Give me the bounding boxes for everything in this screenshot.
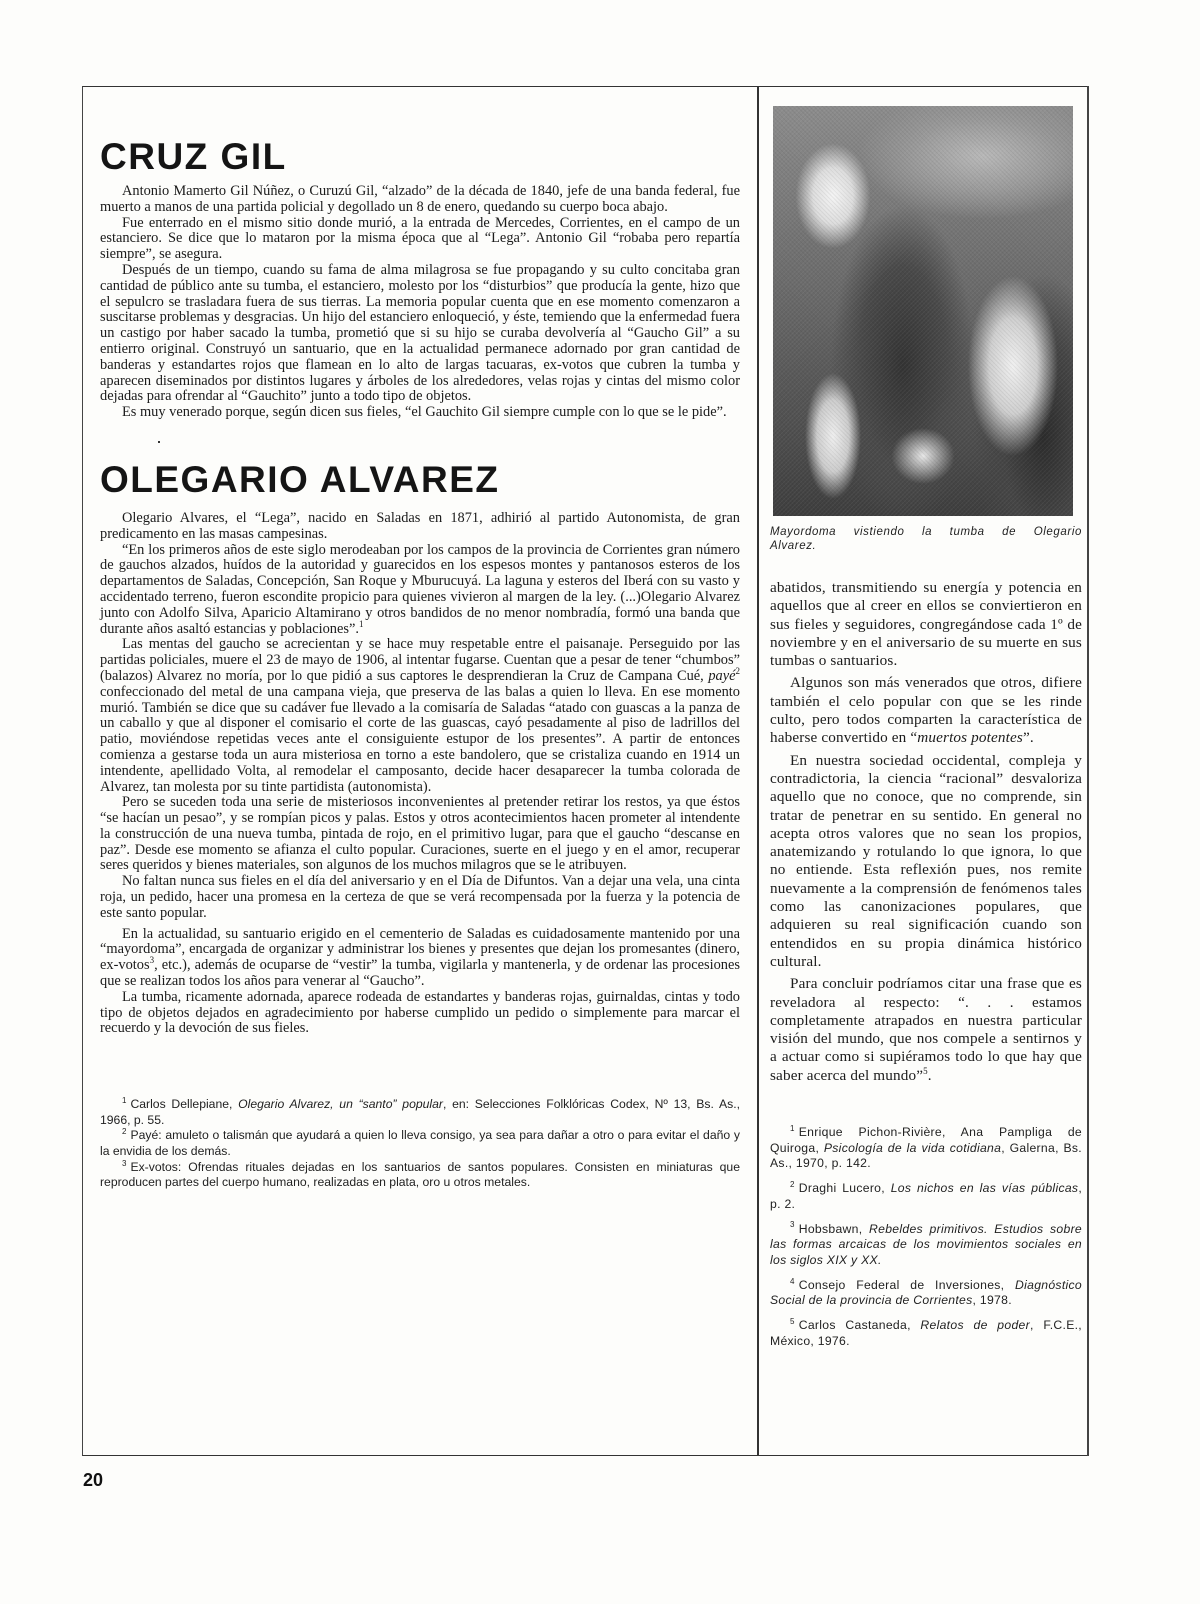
text-run: Draghi Lucero, (799, 1181, 891, 1195)
footnote: 4Consejo Federal de Inversiones, Diagnós… (770, 1278, 1082, 1309)
footnote-number: 3 (122, 1159, 126, 1168)
text-run: confeccionado del metal de una campana v… (100, 684, 740, 795)
text-run: Consejo Federal de Inversiones, (799, 1278, 1015, 1292)
text-run: . (928, 1067, 932, 1084)
paragraph: Después de un tiempo, cuando su fama de … (100, 263, 740, 405)
footnote: 5Carlos Castaneda, Relatos de poder, F.C… (770, 1318, 1082, 1349)
paragraph: No faltan nunca sus fieles en el día del… (100, 874, 740, 921)
paragraph: Es muy venerado porque, según dicen sus … (100, 405, 740, 421)
left-footnotes: 1Carlos Dellepiane, Olegario Alvarez, un… (100, 1097, 740, 1191)
footnote: 1Carlos Dellepiane, Olegario Alvarez, un… (100, 1097, 740, 1128)
footnote: 3Hobsbawn, Rebeldes primitivos. Estudios… (770, 1222, 1082, 1269)
right-footnotes: 1Enrique Pichon-Rivière, Ana Pampliga de… (770, 1125, 1082, 1349)
paragraph: Para concluir podríamos citar una frase … (770, 975, 1082, 1085)
article-olegario-alvarez: OLEGARIO ALVAREZ Olegario Alvares, el “L… (100, 461, 740, 1037)
text-run: Carlos Dellepiane, (130, 1097, 238, 1111)
footnote-number: 1 (122, 1096, 126, 1105)
footnote: 2Payé: amuleto o talismán que ayudará a … (100, 1128, 740, 1159)
paragraph: Olegario Alvares, el “Lega”, nacido en S… (100, 511, 740, 543)
text-run: Ex-votos: Ofrendas rituales dejadas en l… (100, 1160, 740, 1190)
footnote: 3Ex-votos: Ofrendas rituales dejadas en … (100, 1160, 740, 1191)
paragraph: En la actualidad, su santuario erigido e… (100, 927, 740, 990)
text-run: , 1978. (973, 1293, 1012, 1307)
paragraph: abatidos, transmitiendo su energía y pot… (770, 579, 1082, 670)
footnote: 1Enrique Pichon-Rivière, Ana Pampliga de… (770, 1125, 1082, 1172)
section-title-cruz-gil: CRUZ GIL (100, 138, 740, 175)
text-run: Carlos Castaneda, (799, 1318, 921, 1332)
footnote-ref[interactable]: 1 (359, 619, 364, 629)
paragraph: Algunos son más venerados que otros, dif… (770, 674, 1082, 747)
italic-term: payé (708, 668, 735, 684)
cruz-gil-body: Antonio Mamerto Gil Núñez, o Curuzú Gil,… (100, 184, 740, 421)
section-title-olegario-alvarez: OLEGARIO ALVAREZ (100, 461, 740, 498)
frame-right-edge (1087, 86, 1089, 1456)
left-column: CRUZ GIL Antonio Mamerto Gil Núñez, o Cu… (100, 86, 740, 1191)
footnote-ref[interactable]: 2 (736, 666, 741, 676)
paragraph: Las mentas del gaucho se acrecientan y s… (100, 637, 740, 795)
section-spacer (100, 421, 740, 461)
text-run: Payé: amuleto o talismán que ayudará a q… (100, 1128, 740, 1158)
footnote-title: Olegario Alvarez, un “santo” popular (238, 1097, 443, 1111)
text-run: ”. (1023, 729, 1034, 746)
photo-mayordoma-tumba (773, 106, 1073, 516)
paragraph: “En los primeros años de este siglo mero… (100, 543, 740, 638)
footnote-number: 5 (790, 1317, 795, 1326)
footnote-title: Los nichos en las vías públicas (891, 1181, 1079, 1195)
right-body: abatidos, transmitiendo su energía y pot… (770, 579, 1082, 1085)
paragraph: Fue enterrado en el mismo sitio donde mu… (100, 216, 740, 263)
paragraph: Pero se suceden toda una serie de mister… (100, 795, 740, 874)
column-divider (757, 86, 759, 1456)
text-run: Las mentas del gaucho se acrecientan y s… (100, 636, 740, 684)
footnote-number: 2 (122, 1127, 126, 1136)
footnote-number: 3 (790, 1220, 795, 1229)
paragraph: La tumba, ricamente adornada, aparece ro… (100, 990, 740, 1037)
footnote-title: Relatos de poder (920, 1318, 1030, 1332)
footnote-title: Psicología de la vida cotidiana (824, 1141, 1001, 1155)
photo-figure: Mayordoma vistiendo la tumba de Olegario… (770, 106, 1082, 553)
right-column: Mayordoma vistiendo la tumba de Olegario… (770, 86, 1082, 1358)
footnote-number: 1 (790, 1124, 795, 1133)
paragraph: Antonio Mamerto Gil Núñez, o Curuzú Gil,… (100, 184, 740, 216)
quote-text: “En los primeros años de este siglo mero… (100, 542, 740, 637)
photo-caption: Mayordoma vistiendo la tumba de Olegario… (770, 526, 1082, 553)
text-run: Hobsbawn, (799, 1222, 869, 1236)
footnote-number: 4 (790, 1277, 795, 1286)
article-cruz-gil: CRUZ GIL Antonio Mamerto Gil Núñez, o Cu… (100, 138, 740, 421)
text-run: , etc.), además de ocuparse de “vestir” … (100, 957, 740, 989)
paragraph: En nuestra sociedad occidental, compleja… (770, 752, 1082, 972)
footnote: 2Draghi Lucero, Los nichos en las vías p… (770, 1181, 1082, 1212)
olegario-body: Olegario Alvares, el “Lega”, nacido en S… (100, 511, 740, 1037)
footnote-number: 2 (790, 1180, 795, 1189)
italic-term: muertos potentes (917, 729, 1023, 746)
page-number: 20 (83, 1470, 103, 1491)
